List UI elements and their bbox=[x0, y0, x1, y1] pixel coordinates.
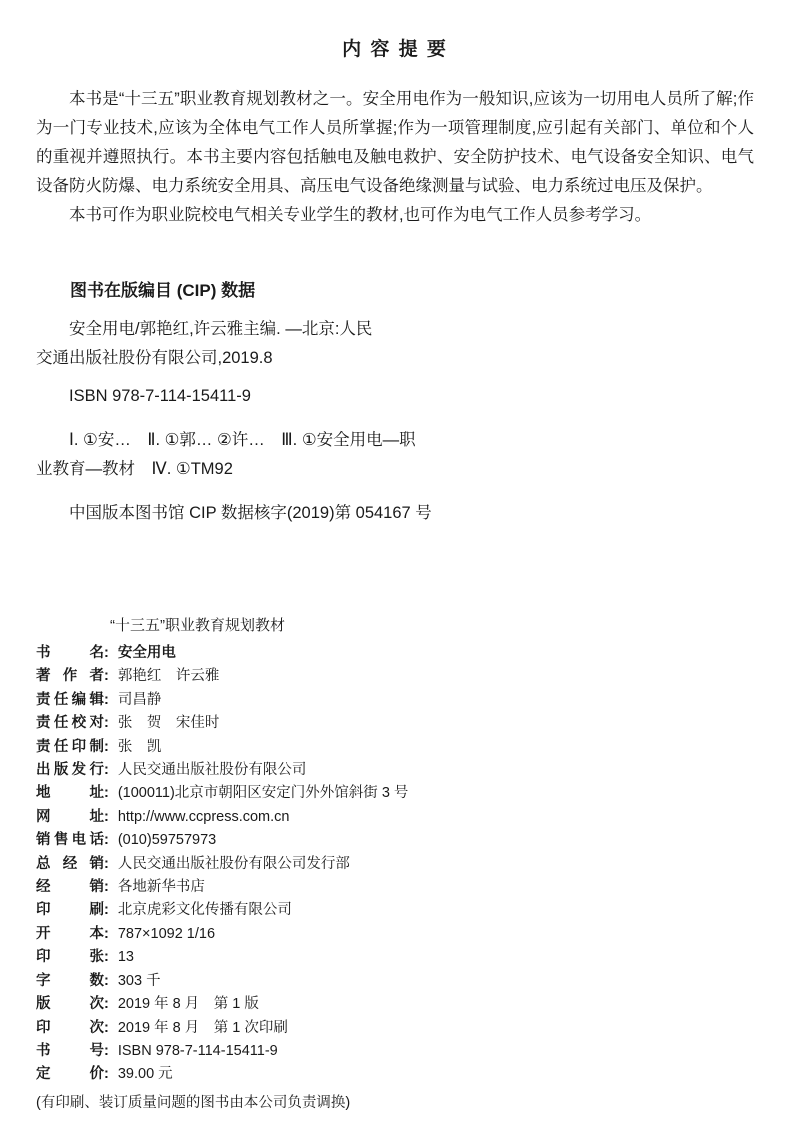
colophon-row-separator: : bbox=[104, 832, 109, 848]
colophon-row-separator: : bbox=[104, 668, 109, 684]
colophon-row-label: 定价 bbox=[36, 1063, 104, 1086]
colophon-row: 印次:2019 年 8 月 第 1 次印刷 bbox=[36, 1017, 754, 1040]
cip-record-line-2: 交通出版社股份有限公司,2019.8 bbox=[36, 344, 754, 373]
colophon-row-label: 经销 bbox=[36, 876, 104, 899]
colophon-row-value: 303 千 bbox=[118, 973, 161, 989]
colophon-row-value: 安全用电 bbox=[118, 645, 176, 661]
colophon-row-label: 责任校对 bbox=[36, 712, 104, 735]
colophon-row-value: 787×1092 1/16 bbox=[118, 926, 215, 942]
colophon-row: 版次:2019 年 8 月 第 1 版 bbox=[36, 993, 754, 1016]
colophon-row-label: 印次 bbox=[36, 1017, 104, 1040]
summary-paragraph-1: 本书是“十三五”职业教育规划教材之一。安全用电作为一般知识,应该为一切用电人员所… bbox=[36, 85, 754, 201]
colophon-row: 定价:39.00 元 bbox=[36, 1063, 754, 1086]
colophon-row-value: 北京虎彩文化传播有限公司 bbox=[118, 902, 292, 918]
colophon-row: 地址:(100011)北京市朝阳区安定门外外馆斜街 3 号 bbox=[36, 782, 754, 805]
colophon-row-label: 责任编辑 bbox=[36, 689, 104, 712]
quality-exchange-note: (有印刷、装订质量问题的图书由本公司负责调换) bbox=[36, 1091, 754, 1112]
colophon-row-label: 书名 bbox=[36, 642, 104, 665]
colophon-row: 开本:787×1092 1/16 bbox=[36, 923, 754, 946]
colophon-row-separator: : bbox=[104, 856, 109, 872]
colophon-row-value: (010)59757973 bbox=[118, 832, 216, 848]
colophon-row-separator: : bbox=[104, 809, 109, 825]
colophon-row-label: 版次 bbox=[36, 993, 104, 1016]
cip-record-line-1: 安全用电/郭艳红,许云雅主编. —北京:人民 bbox=[36, 315, 754, 344]
colophon-row-separator: : bbox=[104, 949, 109, 965]
colophon-row-value: 张 贺 宋佳时 bbox=[118, 715, 220, 731]
cip-classification-line-2: 业教育—教材 Ⅳ. ①TM92 bbox=[36, 455, 754, 484]
colophon-row-separator: : bbox=[104, 879, 109, 895]
colophon-row-value: (100011)北京市朝阳区安定门外外馆斜街 3 号 bbox=[118, 785, 409, 801]
colophon-row-label: 责任印制 bbox=[36, 736, 104, 759]
colophon-row-separator: : bbox=[104, 785, 109, 801]
colophon-row-label: 总经销 bbox=[36, 853, 104, 876]
colophon-row-separator: : bbox=[104, 926, 109, 942]
colophon-row: 责任校对:张 贺 宋佳时 bbox=[36, 712, 754, 735]
colophon-row-value: 张 凯 bbox=[118, 739, 162, 755]
colophon-row-value: 13 bbox=[118, 949, 134, 965]
colophon-row-label: 印张 bbox=[36, 946, 104, 969]
colophon-row-value: ISBN 978-7-114-15411-9 bbox=[118, 1043, 278, 1059]
colophon-row-separator: : bbox=[104, 1066, 109, 1082]
cip-heading: 图书在版编目 (CIP) 数据 bbox=[70, 276, 754, 301]
colophon-row-label: 网址 bbox=[36, 806, 104, 829]
cip-data-section: 图书在版编目 (CIP) 数据 安全用电/郭艳红,许云雅主编. —北京:人民 交… bbox=[36, 276, 754, 528]
colophon-row-separator: : bbox=[104, 902, 109, 918]
colophon-row: 印刷:北京虎彩文化传播有限公司 bbox=[36, 899, 754, 922]
colophon-row-value: 人民交通出版社股份有限公司 bbox=[118, 762, 307, 778]
summary-title: 内 容 提 要 bbox=[36, 34, 754, 61]
colophon-row-separator: : bbox=[104, 692, 109, 708]
colophon-row: 责任印制:张 凯 bbox=[36, 736, 754, 759]
colophon-section: “十三五”职业教育规划教材 书名:安全用电著作者:郭艳红 许云雅责任编辑:司昌静… bbox=[36, 614, 754, 1112]
colophon-row-value: 人民交通出版社股份有限公司发行部 bbox=[118, 856, 350, 872]
colophon-row-value: 郭艳红 许云雅 bbox=[118, 668, 220, 684]
colophon-row: 总经销:人民交通出版社股份有限公司发行部 bbox=[36, 853, 754, 876]
colophon-row: 责任编辑:司昌静 bbox=[36, 689, 754, 712]
colophon-row: 出版发行:人民交通出版社股份有限公司 bbox=[36, 759, 754, 782]
colophon-row-value: 2019 年 8 月 第 1 次印刷 bbox=[118, 1020, 288, 1036]
colophon-row: 书号:ISBN 978-7-114-15411-9 bbox=[36, 1040, 754, 1063]
colophon-row: 经销:各地新华书店 bbox=[36, 876, 754, 899]
colophon-row-label: 出版发行 bbox=[36, 759, 104, 782]
colophon-row-separator: : bbox=[104, 645, 109, 661]
colophon-row-value: 司昌静 bbox=[118, 692, 162, 708]
colophon-row: 网址:http://www.ccpress.com.cn bbox=[36, 806, 754, 829]
colophon-row-label: 地址 bbox=[36, 782, 104, 805]
series-title: “十三五”职业教育规划教材 bbox=[110, 614, 754, 635]
colophon-row-separator: : bbox=[104, 762, 109, 778]
colophon-row-value: http://www.ccpress.com.cn bbox=[118, 809, 290, 825]
colophon-row: 书名:安全用电 bbox=[36, 642, 754, 665]
book-copyright-page: 内 容 提 要 本书是“十三五”职业教育规划教材之一。安全用电作为一般知识,应该… bbox=[0, 0, 790, 1144]
colophon-row: 印张:13 bbox=[36, 946, 754, 969]
colophon-row-label: 销售电话 bbox=[36, 829, 104, 852]
summary-paragraph-2: 本书可作为职业院校电气相关专业学生的教材,也可作为电气工作人员参考学习。 bbox=[36, 201, 754, 230]
colophon-row-separator: : bbox=[104, 715, 109, 731]
colophon-row-value: 2019 年 8 月 第 1 版 bbox=[118, 996, 259, 1012]
colophon-row-label: 书号 bbox=[36, 1040, 104, 1063]
cip-isbn: ISBN 978-7-114-15411-9 bbox=[36, 382, 754, 411]
colophon-row: 字数:303 千 bbox=[36, 970, 754, 993]
colophon-rows: 书名:安全用电著作者:郭艳红 许云雅责任编辑:司昌静责任校对:张 贺 宋佳时责任… bbox=[36, 642, 754, 1087]
colophon-row-separator: : bbox=[104, 973, 109, 989]
content-summary-section: 内 容 提 要 本书是“十三五”职业教育规划教材之一。安全用电作为一般知识,应该… bbox=[36, 34, 754, 230]
colophon-row-label: 著作者 bbox=[36, 665, 104, 688]
colophon-row-value: 各地新华书店 bbox=[118, 879, 205, 895]
cip-registry-number: 中国版本图书馆 CIP 数据核字(2019)第 054167 号 bbox=[36, 499, 754, 528]
colophon-row: 著作者:郭艳红 许云雅 bbox=[36, 665, 754, 688]
cip-classification-line-1: Ⅰ. ①安… Ⅱ. ①郭… ②许… Ⅲ. ①安全用电—职 bbox=[36, 426, 754, 455]
colophon-row-label: 字数 bbox=[36, 970, 104, 993]
colophon-row-separator: : bbox=[104, 996, 109, 1012]
colophon-row-value: 39.00 元 bbox=[118, 1066, 173, 1082]
colophon-row-separator: : bbox=[104, 1043, 109, 1059]
colophon-row-separator: : bbox=[104, 739, 109, 755]
colophon-row-separator: : bbox=[104, 1020, 109, 1036]
colophon-row-label: 开本 bbox=[36, 923, 104, 946]
colophon-row: 销售电话:(010)59757973 bbox=[36, 829, 754, 852]
colophon-row-label: 印刷 bbox=[36, 899, 104, 922]
